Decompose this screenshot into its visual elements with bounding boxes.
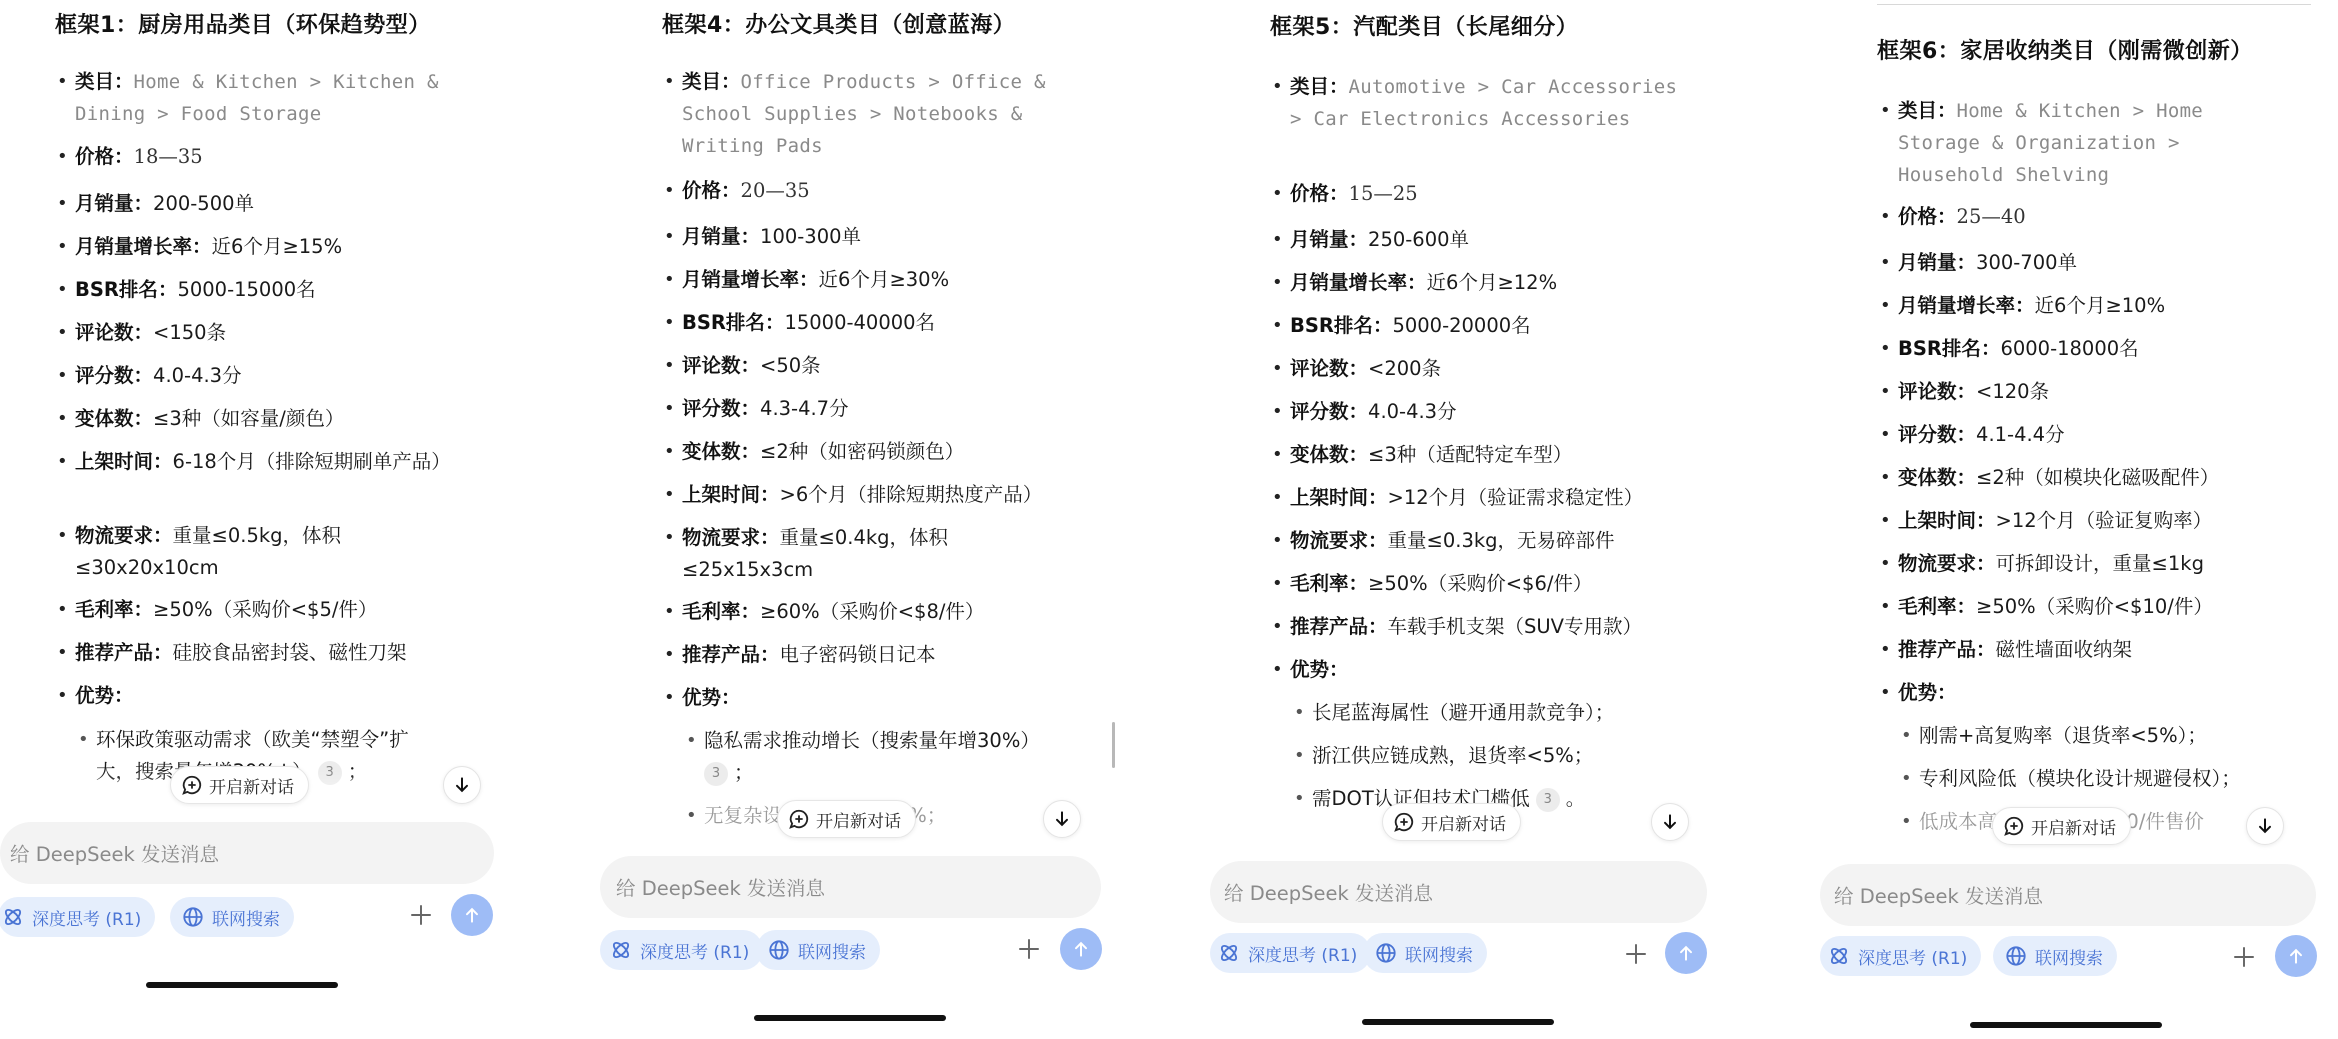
item-bsr: • BSR排名：5000-20000名	[1290, 310, 1531, 342]
scroll-down-button[interactable]	[2246, 807, 2284, 845]
item-advantages: • 优势：	[75, 680, 134, 712]
section-divider	[1877, 4, 2311, 5]
item-rating: • 评分数：4.3-4.7分	[682, 393, 849, 425]
item-variants: • 变体数：≤2种（如模块化磁吸配件）	[1898, 462, 2318, 494]
message-input[interactable]: 给 DeepSeek 发送消息	[600, 856, 1101, 918]
item-category: • 类目：Home & Kitchen > Home Storage & Org…	[1898, 95, 2278, 191]
scrollbar[interactable]	[1112, 722, 1115, 768]
item-rating: • 评分数：4.1-4.4分	[1898, 419, 2065, 451]
chat-panel-2: 框架4：办公文具类目（创意蓝海） • 类目：Office Products > …	[600, 0, 1185, 1039]
frame-title: 框架5：汽配类目（长尾细分）	[1270, 10, 1578, 41]
send-button[interactable]	[1060, 928, 1102, 970]
atom-icon	[610, 939, 632, 961]
item-advantages: • 优势：	[1290, 654, 1349, 686]
plus-icon	[1016, 936, 1042, 962]
arrow-down-icon	[1660, 812, 1680, 832]
deep-think-toggle[interactable]: 深度思考 (R1)	[0, 897, 155, 937]
item-growth-rate: • 月销量增长率：近6个月≥10%	[1898, 290, 2165, 322]
item-listing-time: • 上架时间：>12个月（验证复购率）	[1898, 505, 2318, 537]
arrow-down-icon	[1052, 809, 1072, 829]
web-search-toggle[interactable]: 联网搜索	[170, 897, 294, 937]
home-indicator	[1362, 1019, 1554, 1025]
item-monthly-sales: • 月销量：250-600单	[1290, 224, 1469, 256]
item-logistics: • 物流要求：可拆卸设计，重量≤1kg	[1898, 548, 2318, 580]
attach-button[interactable]	[1619, 937, 1653, 971]
atom-icon	[1218, 942, 1240, 964]
item-listing-time: • 上架时间：>6个月（排除短期热度产品）	[682, 479, 1142, 511]
arrow-up-icon	[462, 905, 482, 925]
home-indicator	[1970, 1022, 2162, 1028]
frame-title: 框架6：家居收纳类目（刚需微创新）	[1877, 34, 2253, 65]
message-input[interactable]: 给 DeepSeek 发送消息	[1820, 864, 2316, 926]
new-chat-button[interactable]: 开启新对话	[1992, 807, 2131, 845]
chat-panel-3: 框架5：汽配类目（长尾细分） • 类目：Automotive > Car Acc…	[1210, 0, 1800, 1039]
item-bsr: • BSR排名：6000-18000名	[1898, 333, 2139, 365]
web-search-toggle[interactable]: 联网搜索	[756, 930, 880, 970]
item-growth-rate: • 月销量增长率：近6个月≥12%	[1290, 267, 1557, 299]
advantage-item: • 刚需+高复购率（退货率<5%）；	[1919, 720, 2338, 752]
frame-title: 框架4：办公文具类目（创意蓝海）	[662, 8, 1015, 39]
plus-icon	[408, 902, 434, 928]
new-chat-button[interactable]: 开启新对话	[777, 800, 916, 838]
arrow-up-icon	[2286, 946, 2306, 966]
item-category: • 类目：Office Products > Office & School S…	[682, 66, 1102, 162]
attach-button[interactable]	[1012, 932, 1046, 966]
message-input[interactable]: 给 DeepSeek 发送消息	[1210, 861, 1707, 923]
item-price: • 价格：20—35	[682, 175, 810, 207]
chat-panel-4: 框架6：家居收纳类目（刚需微创新） • 类目：Home & Kitchen > …	[1820, 0, 2338, 1039]
item-rating: • 评分数：4.0-4.3分	[1290, 396, 1457, 428]
bullet: •	[57, 66, 68, 98]
item-monthly-sales: • 月销量：300-700单	[1898, 247, 2077, 279]
advantage-item: • 专利风险低（模块化设计规避侵权）；	[1919, 763, 2338, 795]
arrow-up-icon	[1071, 939, 1091, 959]
item-margin: • 毛利率：≥50%（采购价<$5/件）	[75, 594, 377, 626]
item-reviews: • 评论数：<200条	[1290, 353, 1441, 385]
item-bsr: • BSR排名：15000-40000名	[682, 307, 935, 339]
advantage-item: • 长尾蓝海属性（避开通用款竞争）；	[1312, 697, 1752, 729]
item-growth-rate: • 月销量增长率：近6个月≥15%	[75, 231, 342, 263]
item-price: • 价格：25—40	[1898, 201, 2026, 233]
deep-think-toggle[interactable]: 深度思考 (R1)	[1210, 933, 1371, 973]
send-button[interactable]	[451, 894, 493, 936]
item-variants: • 变体数：≤3种（适配特定车型）	[1290, 439, 1572, 471]
advantage-item: • 需DOT认证但技术门槛低3。	[1312, 783, 1752, 815]
item-price: • 价格：15—25	[1290, 178, 1418, 210]
arrow-down-icon	[452, 775, 472, 795]
deep-think-toggle[interactable]: 深度思考 (R1)	[1820, 936, 1981, 976]
message-input[interactable]: 给 DeepSeek 发送消息	[0, 822, 494, 884]
item-reviews: • 评论数：<50条	[682, 350, 821, 382]
chat-plus-icon	[788, 808, 810, 830]
item-bsr: • BSR排名：5000-15000名	[75, 274, 316, 306]
new-chat-button[interactable]: 开启新对话	[1382, 803, 1521, 841]
citation-badge[interactable]: 3	[704, 762, 728, 786]
item-listing-time: • 上架时间：>12个月（验证需求稳定性）	[1290, 482, 1750, 514]
item-logistics: • 物流要求：重量≤0.4kg，体积≤25x15x3cm	[682, 522, 1022, 586]
item-growth-rate: • 月销量增长率：近6个月≥30%	[682, 264, 949, 296]
globe-icon	[1375, 942, 1397, 964]
home-indicator	[146, 982, 338, 988]
item-listing-time: • 上架时间：6-18个月（排除短期刷单产品）	[75, 446, 475, 478]
item-margin: • 毛利率：≥60%（采购价<$8/件）	[682, 596, 984, 628]
new-chat-button[interactable]: 开启新对话	[170, 766, 309, 804]
advantage-item: • 浙江供应链成熟，退货率<5%；	[1312, 740, 1752, 772]
scroll-down-button[interactable]	[1651, 803, 1689, 841]
arrow-down-icon	[2255, 816, 2275, 836]
item-recommended: • 推荐产品：电子密码锁日记本	[682, 639, 936, 671]
deep-think-toggle[interactable]: 深度思考 (R1)	[600, 930, 763, 970]
citation-badge[interactable]: 3	[1536, 788, 1560, 812]
web-search-toggle[interactable]: 联网搜索	[1363, 933, 1487, 973]
home-indicator	[754, 1015, 946, 1021]
atom-icon	[1828, 945, 1850, 967]
advantage-item: • 隐私需求推动增长（搜索量年增30%） 3；	[704, 725, 1124, 789]
item-category: • 类目：Automotive > Car Accessories > Car …	[1290, 71, 1690, 135]
attach-button[interactable]	[2227, 940, 2261, 974]
plus-icon	[1623, 941, 1649, 967]
scroll-down-button[interactable]	[443, 766, 481, 804]
item-recommended: • 推荐产品：硅胶食品密封袋、磁性刀架	[75, 637, 407, 669]
arrow-up-icon	[1676, 943, 1696, 963]
item-advantages: • 优势：	[1898, 677, 1957, 709]
web-search-toggle[interactable]: 联网搜索	[1993, 936, 2117, 976]
item-margin: • 毛利率：≥50%（采购价<$6/件）	[1290, 568, 1592, 600]
send-button[interactable]	[1665, 932, 1707, 974]
atom-icon	[2, 906, 24, 928]
chat-plus-icon	[181, 774, 203, 796]
item-advantages: • 优势：	[682, 682, 741, 714]
item-category: • 类目：Home & Kitchen > Kitchen & Dining >…	[75, 66, 495, 130]
item-logistics: • 物流要求：重量≤0.3kg，无易碎部件	[1290, 525, 1750, 557]
globe-icon	[2005, 945, 2027, 967]
item-variants: • 变体数：≤3种（如容量/颜色）	[75, 403, 344, 435]
frame-title: 框架1：厨房用品类目（环保趋势型）	[55, 8, 431, 39]
item-recommended: • 推荐产品：车载手机支架（SUV专用款）	[1290, 611, 1770, 643]
scroll-down-button[interactable]	[1043, 800, 1081, 838]
item-variants: • 变体数：≤2种（如密码锁颜色）	[682, 436, 964, 468]
item-price: • 价格：18—35	[75, 141, 203, 173]
chat-plus-icon	[1393, 811, 1415, 833]
chat-panel-1: 框架1：厨房用品类目（环保趋势型） • 类目：Home & Kitchen > …	[0, 0, 585, 1039]
send-button[interactable]	[2275, 935, 2317, 977]
plus-icon	[2231, 944, 2257, 970]
item-reviews: • 评论数：<120条	[1898, 376, 2049, 408]
item-reviews: • 评论数：<150条	[75, 317, 226, 349]
item-rating: • 评分数：4.0-4.3分	[75, 360, 242, 392]
chat-plus-icon	[2003, 815, 2025, 837]
item-recommended: • 推荐产品：磁性墙面收纳架	[1898, 634, 2132, 666]
attach-button[interactable]	[404, 898, 438, 932]
globe-icon	[182, 906, 204, 928]
globe-icon	[768, 939, 790, 961]
item-margin: • 毛利率：≥50%（采购价<$10/件）	[1898, 591, 2318, 623]
item-logistics: • 物流要求：重量≤0.5kg，体积≤30x20x10cm	[75, 520, 415, 584]
item-monthly-sales: • 月销量：100-300单	[682, 221, 861, 253]
item-monthly-sales: • 月销量：200-500单	[75, 188, 254, 220]
